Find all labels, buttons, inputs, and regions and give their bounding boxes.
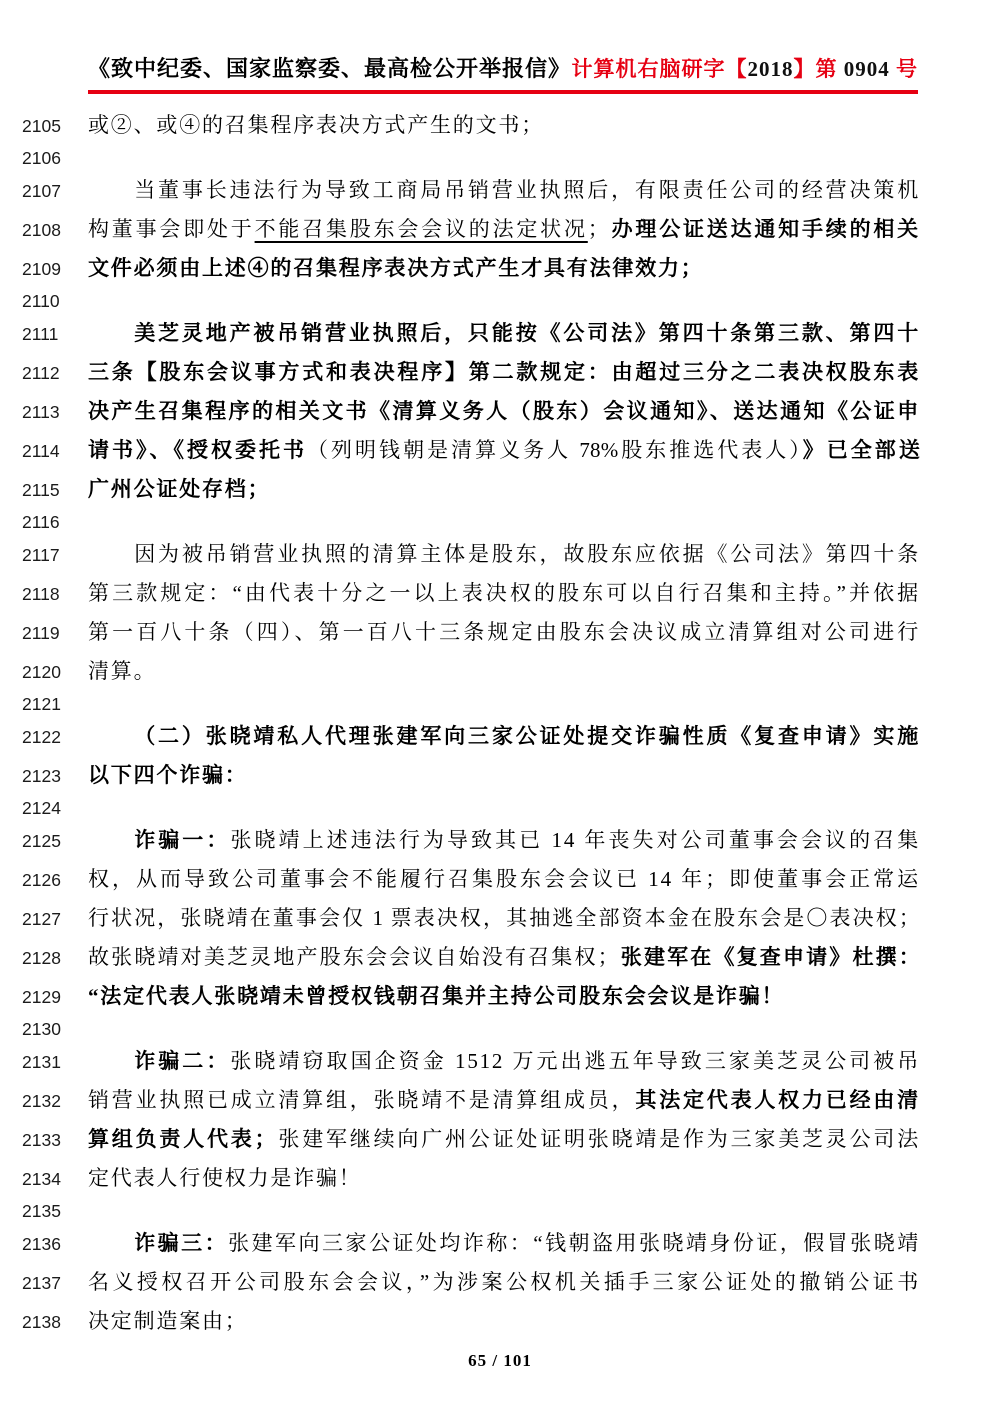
line-text: 决产生召集程序的相关文书《清算义务人（股东）会议通知》、送达通知《公证申 (88, 392, 920, 431)
line-text: 因为被吊销营业执照的清算主体是股东，故股东应依据《公司法》第四十条 (88, 535, 920, 574)
line-number: 2118 (0, 575, 88, 614)
line-number: 2126 (0, 861, 88, 900)
document-line: 2105或②、或④的召集程序表决方式产生的文书； (0, 106, 1000, 145)
document-line: 2135 (0, 1198, 1000, 1224)
text-run: 第三款规定：“由代表十分之一以上表决权的股东可以自行召集和主持。”并依据 (88, 581, 920, 605)
document-body: 2105或②、或④的召集程序表决方式产生的文书；21062107当董事长违法行为… (0, 106, 1000, 1341)
text-run: 销营业执照已成立清算组，张晓靖不是清算组成员， (88, 1088, 635, 1112)
line-number: 2137 (0, 1264, 88, 1303)
line-number: 2131 (0, 1043, 88, 1082)
line-number: 2113 (0, 393, 88, 432)
line-number: 2136 (0, 1225, 88, 1264)
document-line: 2107当董事长违法行为导致工商局吊销营业执照后，有限责任公司的经营决策机 (0, 171, 1000, 210)
text-run: 决定制造案由； (88, 1309, 248, 1333)
line-text: 故张晓靖对美芝灵地产股东会会议自始没有召集权；张建军在《复查申请》杜撰： (88, 938, 920, 977)
line-text: 定代表人行使权力是诈骗！ (88, 1159, 920, 1198)
line-number: 2116 (0, 509, 88, 535)
document-line: 2136诈骗三：张建军向三家公证处均诈称：“钱朝盗用张晓靖身份证，假冒张晓靖 (0, 1224, 1000, 1263)
bold-run: 其法定代表人权力已经由清 (635, 1088, 920, 1112)
line-text: （二）张晓靖私人代理张建军向三家公证处提交诈骗性质《复查申请》实施 (88, 717, 920, 756)
line-text: 广州公证处存档； (88, 470, 920, 509)
line-number: 2129 (0, 978, 88, 1017)
line-text: 当董事长违法行为导致工商局吊销营业执照后，有限责任公司的经营决策机 (88, 171, 920, 210)
line-text: 美芝灵地产被吊销营业执照后，只能按《公司法》第四十条第三款、第四十 (88, 314, 920, 353)
document-line: 2116 (0, 509, 1000, 535)
text-run: 行状况，张晓靖在董事会仅 1 票表决权，其抽逃全部资本金在股东会是〇表决权； (88, 906, 920, 930)
document-line: 2137名义授权召开公司股东会会议，”为涉案公权机关插手三家公证处的撤销公证书 (0, 1263, 1000, 1302)
document-line: 2124 (0, 795, 1000, 821)
text-run: 张晓靖窃取国企资金 1512 万元出逃五年导致三家美芝灵公司被吊 (230, 1049, 920, 1073)
document-line: 2114请书》、《授权委托书（列明钱朝是清算义务人 78%股东推选代表人）》已全… (0, 431, 1000, 470)
bold-run: 张建军在《复查申请》杜撰： (619, 945, 920, 969)
line-number: 2114 (0, 432, 88, 471)
line-text: 第三款规定：“由代表十分之一以上表决权的股东可以自行召集和主持。”并依据 (88, 574, 920, 613)
document-line: 2118第三款规定：“由代表十分之一以上表决权的股东可以自行召集和主持。”并依据 (0, 574, 1000, 613)
line-text: 诈骗三：张建军向三家公证处均诈称：“钱朝盗用张晓靖身份证，假冒张晓靖 (88, 1224, 920, 1263)
line-number: 2130 (0, 1016, 88, 1042)
text-run: 名义授权召开公司股东会会议，”为涉案公权机关插手三家公证处的撤销公证书 (88, 1270, 920, 1294)
line-text: 权，从而导致公司董事会不能履行召集股东会会议已 14 年；即使董事会正常运 (88, 860, 920, 899)
bold-run: 决产生召集程序的相关文书《清算义务人（股东）会议通知》、送达通知《公证申 (88, 399, 920, 423)
line-number: 2105 (0, 107, 88, 146)
text-run: 权，从而导致公司董事会不能履行召集股东会会议已 14 年；即使董事会正常运 (88, 867, 920, 891)
bold-run: 诈骗二： (134, 1049, 230, 1073)
document-line: 2138决定制造案由； (0, 1302, 1000, 1341)
line-number: 2120 (0, 653, 88, 692)
line-text: 三条【股东会议事方式和表决程序】第二款规定：由超过三分之二表决权股东表 (88, 353, 920, 392)
bold-run: 美芝灵地产被吊销营业执照后，只能按《公司法》第四十条第三款、第四十 (134, 321, 920, 345)
text-run: 或②、或④的召集程序表决方式产生的文书； (88, 113, 544, 137)
text-run: 构董事会即处于 (88, 217, 255, 241)
underlined-run: 不能召集股东会会议的法定状况 (255, 217, 588, 241)
document-number-part: 】第 (794, 57, 844, 81)
bold-run: 三条【股东会议事方式和表决程序】第二款规定：由超过三分之二表决权股东表 (88, 360, 920, 384)
line-number: 2119 (0, 614, 88, 653)
text-run: （列明钱朝是清算义务人 78%股东推选代表人） (307, 438, 803, 462)
document-line: 2110 (0, 288, 1000, 314)
line-text: 构董事会即处于不能召集股东会会议的法定状况；办理公证送达通知手续的相关 (88, 210, 920, 249)
document-line: 2120清算。 (0, 652, 1000, 691)
document-line: 2115广州公证处存档； (0, 470, 1000, 509)
text-run: 故张晓靖对美芝灵地产股东会会议自始没有召集权； (88, 945, 619, 969)
document-line: 2133算组负责人代表；张建军继续向广州公证处证明张晓靖是作为三家美芝灵公司法 (0, 1120, 1000, 1159)
text-run: 当董事长违法行为导致工商局吊销营业执照后，有限责任公司的经营决策机 (134, 178, 920, 202)
line-number: 2121 (0, 691, 88, 717)
line-number: 2135 (0, 1198, 88, 1224)
line-number: 2108 (0, 211, 88, 250)
document-line: 2122（二）张晓靖私人代理张建军向三家公证处提交诈骗性质《复查申请》实施 (0, 717, 1000, 756)
document-line: 2128故张晓靖对美芝灵地产股东会会议自始没有召集权；张建军在《复查申请》杜撰： (0, 938, 1000, 977)
document-line: 2127行状况，张晓靖在董事会仅 1 票表决权，其抽逃全部资本金在股东会是〇表决… (0, 899, 1000, 938)
line-text: 以下四个诈骗： (88, 756, 920, 795)
document-line: 2117因为被吊销营业执照的清算主体是股东，故股东应依据《公司法》第四十条 (0, 535, 1000, 574)
line-text: “法定代表人张晓靖未曾授权钱朝召集并主持公司股东会会议是诈骗！ (88, 977, 920, 1016)
document-line: 2131诈骗二：张晓靖窃取国企资金 1512 万元出逃五年导致三家美芝灵公司被吊 (0, 1042, 1000, 1081)
line-number: 2122 (0, 718, 88, 757)
line-number: 2109 (0, 250, 88, 289)
document-line: 2123以下四个诈骗： (0, 756, 1000, 795)
line-text: 决定制造案由； (88, 1302, 920, 1341)
document-title: 《致中纪委、国家监察委、最高检公开举报信》 (88, 52, 571, 83)
line-text: 行状况，张晓靖在董事会仅 1 票表决权，其抽逃全部资本金在股东会是〇表决权； (88, 899, 920, 938)
line-number: 2134 (0, 1160, 88, 1199)
document-line: 2132销营业执照已成立清算组，张晓靖不是清算组成员，其法定代表人权力已经由清 (0, 1081, 1000, 1120)
line-number: 2128 (0, 939, 88, 978)
line-number: 2112 (0, 354, 88, 393)
line-text: 诈骗二：张晓靖窃取国企资金 1512 万元出逃五年导致三家美芝灵公司被吊 (88, 1042, 920, 1081)
bold-run: 请书》、《授权委托书 (88, 438, 307, 462)
line-text: 第一百八十条（四）、第一百八十三条规定由股东会决议成立清算组对公司进行 (88, 613, 920, 652)
line-number: 2117 (0, 536, 88, 575)
text-run: 清算。 (88, 659, 156, 683)
bold-run: 办理公证送达通知手续的相关 (611, 217, 920, 241)
bold-run: 诈骗三： (134, 1231, 228, 1255)
document-header: 《致中纪委、国家监察委、最高检公开举报信》 计算机右脑研字【2018】第 090… (88, 52, 918, 94)
document-line: 2121 (0, 691, 1000, 717)
text-run: ； (588, 217, 611, 241)
document-page: 《致中纪委、国家监察委、最高检公开举报信》 计算机右脑研字【2018】第 090… (0, 0, 1000, 1413)
line-number: 2133 (0, 1121, 88, 1160)
document-number-part: 2018 (748, 57, 794, 81)
page-indicator: 65 / 101 (468, 1351, 532, 1370)
text-run: 张建军继续向广州公证处证明张晓靖是作为三家美芝灵公司法 (277, 1127, 920, 1151)
bold-run: 算组负责人代表； (88, 1127, 277, 1151)
line-number: 2125 (0, 822, 88, 861)
line-text: 销营业执照已成立清算组，张晓靖不是清算组成员，其法定代表人权力已经由清 (88, 1081, 920, 1120)
line-text: 名义授权召开公司股东会会议，”为涉案公权机关插手三家公证处的撤销公证书 (88, 1263, 920, 1302)
bold-run: 文件必须由上述④的召集程序表决方式产生才具有法律效力； (88, 256, 704, 280)
line-text: 清算。 (88, 652, 920, 691)
line-number: 2107 (0, 172, 88, 211)
line-text: 文件必须由上述④的召集程序表决方式产生才具有法律效力； (88, 249, 920, 288)
bold-run: 诈骗一： (134, 828, 230, 852)
line-number: 2138 (0, 1303, 88, 1342)
document-number: 计算机右脑研字【2018】第 0904 号 (572, 53, 919, 83)
document-line: 2130 (0, 1016, 1000, 1042)
line-number: 2110 (0, 288, 88, 314)
line-number: 2111 (0, 315, 88, 354)
text-run: 因为被吊销营业执照的清算主体是股东，故股东应依据《公司法》第四十条 (134, 542, 920, 566)
document-line: 2109文件必须由上述④的召集程序表决方式产生才具有法律效力； (0, 249, 1000, 288)
document-line: 2113决产生召集程序的相关文书《清算义务人（股东）会议通知》、送达通知《公证申 (0, 392, 1000, 431)
document-line: 2111美芝灵地产被吊销营业执照后，只能按《公司法》第四十条第三款、第四十 (0, 314, 1000, 353)
document-line: 2112三条【股东会议事方式和表决程序】第二款规定：由超过三分之二表决权股东表 (0, 353, 1000, 392)
line-number: 2123 (0, 757, 88, 796)
document-number-part: 0904 (844, 57, 890, 81)
document-line: 2119第一百八十条（四）、第一百八十三条规定由股东会决议成立清算组对公司进行 (0, 613, 1000, 652)
bold-run: 以下四个诈骗： (88, 763, 248, 787)
line-text: 诈骗一：张晓靖上述违法行为导致其已 14 年丧失对公司董事会会议的召集 (88, 821, 920, 860)
document-line: 2134定代表人行使权力是诈骗！ (0, 1159, 1000, 1198)
line-text: 请书》、《授权委托书（列明钱朝是清算义务人 78%股东推选代表人）》已全部送 (88, 431, 920, 470)
line-text: 算组负责人代表；张建军继续向广州公证处证明张晓靖是作为三家美芝灵公司法 (88, 1120, 920, 1159)
line-number: 2127 (0, 900, 88, 939)
text-run: 张建军向三家公证处均诈称：“钱朝盗用张晓靖身份证，假冒张晓靖 (228, 1231, 920, 1255)
document-number-part: 号 (890, 57, 918, 81)
document-line: 2125诈骗一：张晓靖上述违法行为导致其已 14 年丧失对公司董事会会议的召集 (0, 821, 1000, 860)
document-footer: 65 / 101 (0, 1351, 1000, 1371)
text-run: 第一百八十条（四）、第一百八十三条规定由股东会决议成立清算组对公司进行 (88, 620, 920, 644)
line-number: 2106 (0, 145, 88, 171)
bold-run: 》已全部送 (803, 438, 920, 462)
text-run: 定代表人行使权力是诈骗！ (88, 1166, 362, 1190)
document-line: 2126权，从而导致公司董事会不能履行召集股东会会议已 14 年；即使董事会正常… (0, 860, 1000, 899)
line-number: 2124 (0, 795, 88, 821)
line-text: 或②、或④的召集程序表决方式产生的文书； (88, 106, 920, 145)
bold-run: “法定代表人张晓靖未曾授权钱朝召集并主持公司股东会会议是诈骗！ (88, 984, 784, 1008)
bold-run: （二）张晓靖私人代理张建军向三家公证处提交诈骗性质《复查申请》实施 (134, 724, 920, 748)
document-line: 2108构董事会即处于不能召集股东会会议的法定状况；办理公证送达通知手续的相关 (0, 210, 1000, 249)
text-run: 张晓靖上述违法行为导致其已 14 年丧失对公司董事会会议的召集 (230, 828, 920, 852)
bold-run: 广州公证处存档； (88, 477, 270, 501)
document-line: 2106 (0, 145, 1000, 171)
line-number: 2132 (0, 1082, 88, 1121)
document-line: 2129“法定代表人张晓靖未曾授权钱朝召集并主持公司股东会会议是诈骗！ (0, 977, 1000, 1016)
document-number-part: 计算机右脑研字【 (572, 57, 748, 81)
line-number: 2115 (0, 471, 88, 510)
